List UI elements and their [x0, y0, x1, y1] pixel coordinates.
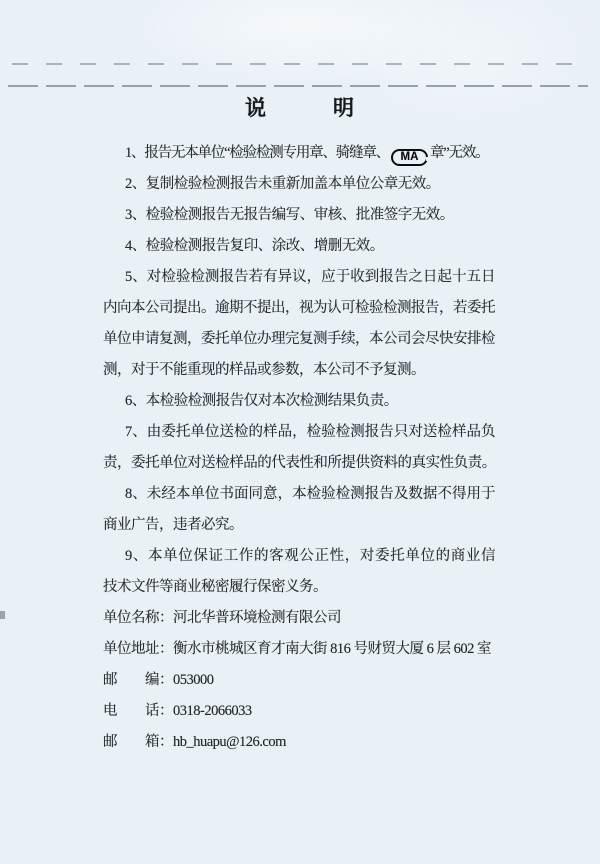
note-line-5-2: 内向本公司提出。逾期不提出，视为认可检验检测报告，若委托	[103, 293, 495, 324]
contact-phone-line: 电 话：0318-2066033	[103, 696, 495, 727]
scan-artifact-line-top	[12, 63, 575, 65]
page-title: 说 明	[0, 92, 600, 122]
note-line-7-1: 7、由委托单位送检的样品，检验检测报告只对送检样品负	[103, 417, 495, 448]
note-line-5-4: 测，对于不能重现的样品或参数，本公司不予复测。	[103, 355, 495, 386]
postcode-value: 053000	[173, 672, 214, 688]
scan-artifact-line-bottom	[8, 85, 588, 87]
note-1-text-pre: 1、报告无本单位“检验检测专用章、骑缝章、	[125, 145, 389, 161]
phone-label: 电 话：	[103, 703, 173, 719]
email-value: hb_huapu@126.com	[173, 734, 286, 750]
contact-name-line: 单位名称：河北华普环境检测有限公司	[103, 603, 495, 634]
note-1-text-post: 章”无效。	[430, 145, 488, 161]
postcode-label: 邮 编：	[103, 672, 173, 688]
note-line-8-2: 商业广告，违者必究。	[103, 510, 495, 541]
company-name-label: 单位名称：	[103, 610, 173, 626]
note-line-5-3: 单位申请复测，委托单位办理完复测手续，本公司会尽快安排检	[103, 324, 495, 355]
cma-accreditation-stamp-icon: MA	[391, 149, 428, 166]
company-address-label: 单位地址：	[103, 641, 173, 657]
company-name-value: 河北华普环境检测有限公司	[173, 610, 341, 626]
email-label: 邮 箱：	[103, 734, 173, 750]
note-line-4: 4、检验检测报告复印、涂改、增删无效。	[103, 231, 495, 262]
note-line-2: 2、复制检验检测报告未重新加盖本单位公章无效。	[103, 169, 495, 200]
contact-email-line: 邮 箱：hb_huapu@126.com	[103, 727, 495, 758]
phone-value: 0318-2066033	[173, 703, 252, 719]
note-line-9-2: 技术文件等商业秘密履行保密义务。	[103, 572, 495, 603]
note-line-1: 1、报告无本单位“检验检测专用章、骑缝章、MA章”无效。	[103, 138, 495, 169]
company-address-value: 衡水市桃城区育才南大街 816 号财贸大厦 6 层 602 室	[173, 641, 491, 657]
note-line-7-2: 责，委托单位对送检样品的代表性和所提供资料的真实性负责。	[103, 448, 495, 479]
contact-postcode-line: 邮 编：053000	[103, 665, 495, 696]
note-line-3: 3、检验检测报告无报告编写、审核、批准签字无效。	[103, 200, 495, 231]
note-line-5-1: 5、对检验检测报告若有异议，应于收到报告之日起十五日	[103, 262, 495, 293]
cma-stamp-label: MA	[401, 152, 419, 164]
note-line-8-1: 8、未经本单位书面同意，本检验检测报告及数据不得用于	[103, 479, 495, 510]
note-line-6: 6、本检验检测报告仅对本次检测结果负责。	[103, 386, 495, 417]
note-line-9-1: 9、本单位保证工作的客观公正性，对委托单位的商业信息、	[103, 541, 495, 572]
contact-address-line: 单位地址：衡水市桃城区育才南大街 816 号财贸大厦 6 层 602 室	[103, 634, 495, 665]
notes-body: 1、报告无本单位“检验检测专用章、骑缝章、MA章”无效。 2、复制检验检测报告未…	[103, 138, 495, 758]
scan-artifact-edge-mark	[0, 611, 5, 619]
scanned-document-page: 说 明 1、报告无本单位“检验检测专用章、骑缝章、MA章”无效。 2、复制检验检…	[0, 0, 600, 864]
